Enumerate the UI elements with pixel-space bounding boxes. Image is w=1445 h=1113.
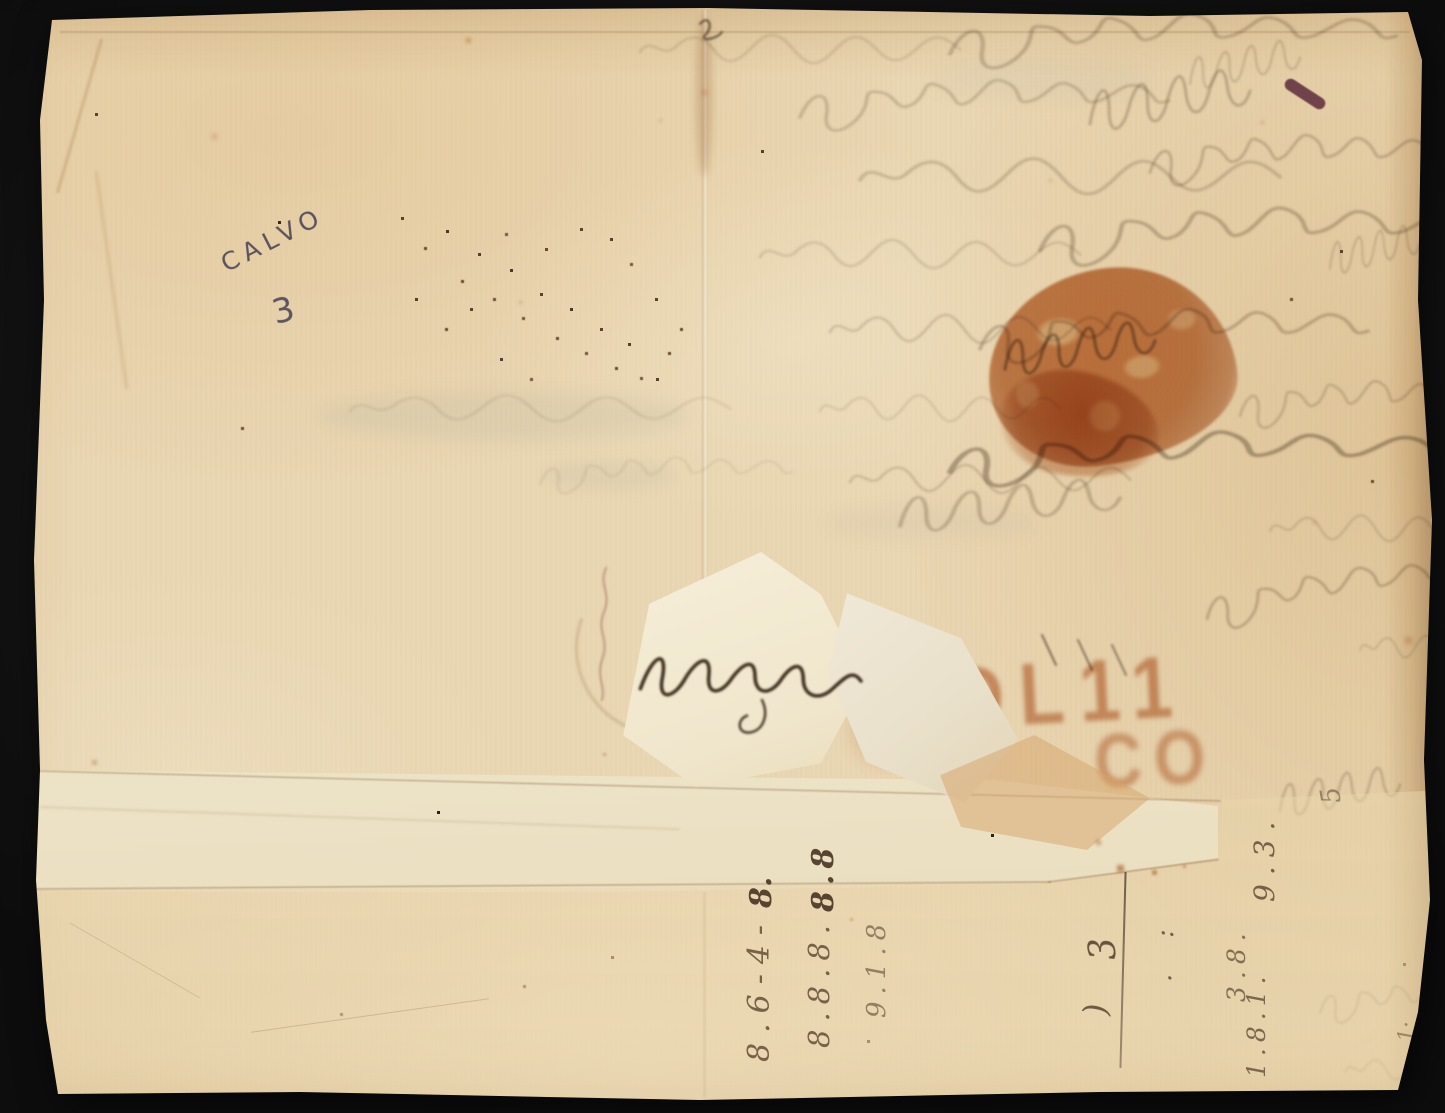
manuscript-rate-mark: ) bbox=[1076, 1004, 1114, 1016]
rust-stains bbox=[0, 0, 1, 1]
manuscript-rate-mark: 9.3. bbox=[1248, 813, 1281, 902]
horizontal-crease bbox=[60, 31, 1410, 33]
manuscript-rate-mark: 3 bbox=[1082, 936, 1125, 962]
collector-mark-number: 3 bbox=[268, 289, 299, 333]
manuscript-rate-mark: 1· bbox=[1395, 1021, 1420, 1042]
photo-backdrop: DL11 CO bbox=[0, 0, 1445, 1113]
corner-wrinkle bbox=[95, 171, 129, 389]
manuscript-rate-mark: 8.6-4- bbox=[742, 915, 777, 1062]
manuscript-rate-mark: 8.8.8. bbox=[802, 917, 836, 1048]
manuscript-rate-mark: 8. bbox=[744, 877, 779, 908]
crease-stain bbox=[696, 16, 712, 176]
manuscript-rate-mark: 8.8 bbox=[806, 842, 841, 912]
manuscript-rate-mark: 9.1.8 bbox=[862, 917, 892, 1018]
letter-verso: DL11 CO bbox=[0, 0, 1445, 1113]
smudge bbox=[545, 462, 675, 488]
smudge bbox=[828, 508, 1038, 538]
manuscript-rate-mark: : bbox=[1150, 929, 1180, 938]
manuscript-rate-mark: 1.8.1. bbox=[1242, 970, 1271, 1078]
speckles-on-flap bbox=[0, 0, 1, 1]
smudge bbox=[935, 60, 1155, 100]
manuscript-rate-mark: · bbox=[1156, 974, 1186, 982]
collector-mark: CALVO bbox=[216, 201, 329, 278]
ink-slash bbox=[1282, 76, 1327, 111]
speckles bbox=[0, 0, 1, 1]
smudge bbox=[318, 392, 688, 440]
letter-wrapper: DL11 CO bbox=[0, 0, 1445, 1113]
